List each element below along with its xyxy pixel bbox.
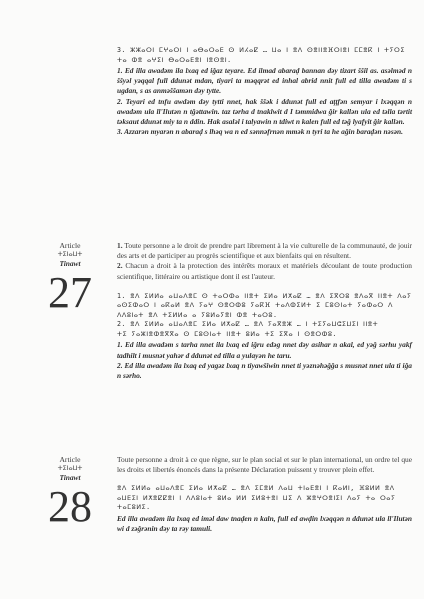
article-28-heading: Article ⵜⵉⵏⴰⵡⵜ Tinawt 28	[30, 455, 110, 530]
tamasheq-text: 1. Ed illa awadəm s tarha nnet ila lxaq …	[117, 340, 412, 381]
paragraph-number: 1.	[117, 241, 123, 250]
paragraph: Ed illa awadəm ila lxaq ed imǝl daw tnaḍ…	[117, 514, 412, 534]
paragraph-number: 1.	[117, 66, 123, 75]
tifinagh-line: 3. ⵣⵣⴰⵔⵏ ⵎⵖⴰⵔⵏ ⵏ ⴰⴱⴰⵔⴰⴹ ⵙ ⵍⵃⴰⵇ … ⵡⴰ ⵏ ⴻⴷ…	[117, 46, 412, 56]
paragraph: 1. Ed illa awadəm ila lxaq ed iğaz teyar…	[117, 66, 412, 97]
tifinagh-line: 1. ⴻⴷ ⵉⵍⵍⴰ ⴰⵡⴰⴷⴻⵎ ⵙ ⵜⴰⵔⵀⴰ ⵏⵏⴻⵜ ⵉⵍⴰ ⵍⵅⴰⵇ …	[117, 292, 412, 302]
article-label-tifinagh: ⵜⵉⵏⴰⵡⵜ	[30, 250, 110, 259]
paragraph-number: 3.	[117, 127, 123, 136]
paragraph-number: 2.	[117, 361, 123, 370]
tifinagh-line: ⴰⵙⵉⵀⴰⵔ ⵏ ⴰⴽⴰⵍ ⴻⴷ ⵢⴰⵖ ⵙⴻⵔⵀⵓ ⵢⴰⴽⴼ ⵜⴰⴷⵀⵉⵍⵜ …	[117, 301, 412, 311]
article-label: Article	[30, 241, 110, 250]
tifinagh-text: ⴻⴷ ⵉⵍⵍⴰ ⴰⵡⴰⴷⴻⵎ ⵉⵍⴰ ⵍⵅⴰⵇ … ⴻⴷ ⵉⵎⴻⵍ ⴷⴰⵡ ⵜⵏ…	[117, 484, 412, 513]
article-label-tamasheq: Tinawt	[30, 259, 110, 268]
paragraph-text: Toute personne a droit à ce que règne, s…	[117, 455, 412, 474]
paragraph-number: 1.	[117, 340, 123, 349]
french-text: 1. Toute personne a le droit de prendre …	[117, 241, 412, 282]
paragraph: 1. Toute personne a le droit de prendre …	[117, 241, 412, 261]
paragraph-text: Azzarən myarən n abaraḍ s lhəq wa n ed s…	[124, 127, 403, 136]
paragraph-text: Ed illa awadəm ila lxaq ed iğaz teyare. …	[117, 66, 412, 95]
paragraph: 2. Teyari ed tnfu awdəm dəy tytti nnet, …	[117, 97, 412, 128]
tifinagh-line: ⴻⴷ ⵉⵍⵍⴰ ⴰⵡⴰⴷⴻⵎ ⵉⵍⴰ ⵍⵅⴰⵇ … ⴻⴷ ⵉⵎⴻⵍ ⴷⴰⵡ ⵜⵏ…	[117, 484, 412, 494]
article-27-body: 1. Toute personne a le droit de prendre …	[117, 241, 412, 381]
paragraph: 1. Ed illa awadəm s tarha nnet ila lxaq …	[117, 340, 412, 360]
paragraph-text: Ed illa awadəm ila lxaq ed imǝl daw tnaḍ…	[117, 514, 412, 533]
paragraph: 2. Chacun a droit à la protection des in…	[117, 261, 412, 281]
paragraph-number: 2.	[117, 97, 123, 106]
document-page: 3. ⵣⵣⴰⵔⵏ ⵎⵖⴰⵔⵏ ⵏ ⴰⴱⴰⵔⴰⴹ ⵙ ⵍⵃⴰⵇ … ⵡⴰ ⵏ ⴻⴷ…	[0, 0, 424, 599]
tifinagh-line: 2. ⴻⴷ ⵉⵍⵍⴰ ⴰⵡⴰⴷⴻⵎ ⵉⵍⴰ ⵍⵅⴰⵇ … ⴻⴷ ⵢⴰⴳⴻⵣ … …	[117, 320, 412, 330]
tifinagh-text: 1. ⴻⴷ ⵉⵍⵍⴰ ⴰⵡⴰⴷⴻⵎ ⵙ ⵜⴰⵔⵀⴰ ⵏⵏⴻⵜ ⵉⵍⴰ ⵍⵅⴰⵇ …	[117, 292, 412, 340]
article-number: 27	[30, 270, 110, 316]
tamasheq-text: Ed illa awadəm ila lxaq ed imǝl daw tnaḍ…	[117, 514, 412, 534]
article-27-heading: Article ⵜⵉⵏⴰⵡⵜ Tinawt 27	[30, 241, 110, 316]
paragraph-text: Ed illa awadəm s tarha nnet ila lxaq ed …	[117, 340, 412, 359]
paragraph-text: Toute personne a le droit de prendre par…	[117, 241, 412, 260]
paragraph: Toute personne a droit à ce que règne, s…	[117, 455, 412, 475]
article-label-tifinagh: ⵜⵉⵏⴰⵡⵜ	[30, 464, 110, 473]
paragraph-text: Ed illa awadəm ila lxaq ed yagəz lxaq n …	[117, 361, 412, 380]
french-text: Toute personne a droit à ce que règne, s…	[117, 455, 412, 475]
continuation-tamasheq: 1. Ed illa awadəm ila lxaq ed iğaz teyar…	[117, 66, 412, 137]
paragraph-number: 2.	[117, 261, 123, 270]
paragraph: 2. Ed illa awadəm ila lxaq ed yagəz lxaq…	[117, 361, 412, 381]
article-label-tamasheq: Tinawt	[30, 473, 110, 482]
tifinagh-line: ⵜⴰ ⵀⴻ ⴰⵖⵉⵏ ⴱⴰⵔⴰⴹⴻⵏ ⵏⴻⵙⴻⵏ.	[117, 56, 412, 66]
article-number: 28	[30, 484, 110, 530]
tifinagh-line: ⵜⵉ ⵢⴰⵣⵏⴻⵀⴻⴳⴳⴰ ⵙ ⵎⵓⵙⵏⴰⵜ ⵏⵏⴻⵜ ⵓⵍⴰ ⵜⵉ ⵉⴳⴰ ⵏ…	[117, 330, 412, 340]
article-28-body: Toute personne a droit à ce que règne, s…	[117, 455, 412, 534]
paragraph: 3. Azzarən myarən n abaraḍ s lhəq wa n e…	[117, 127, 412, 137]
tifinagh-line: ⴷⴷⵓⵏⴰⵜ ⴻⴷ ⵜⵉⵍⵍⴰ ⴰ ⵢⵓⵍⴰⵢⴻⵏ ⵀⴻ ⵜⴰⵔⵓ.	[117, 311, 412, 321]
continuation-tifinagh: 3. ⵣⵣⴰⵔⵏ ⵎⵖⴰⵔⵏ ⵏ ⴰⴱⴰⵔⴰⴹ ⵙ ⵍⵃⴰⵇ … ⵡⴰ ⵏ ⴻⴷ…	[117, 46, 412, 65]
article-label: Article	[30, 455, 110, 464]
continuation-block: 3. ⵣⵣⴰⵔⵏ ⵎⵖⴰⵔⵏ ⵏ ⴰⴱⴰⵔⴰⴹ ⵙ ⵍⵃⴰⵇ … ⵡⴰ ⵏ ⴻⴷ…	[117, 46, 412, 137]
tifinagh-line: ⴰⵡⴹⵉⵏ ⵍⵅⴻⵇⵇⴻⵏ ⵏ ⴷⴷⵓⵏⴰⵜ ⵓⵍⴰ ⵍⵍ ⵉⵍⵓⵜⴻⵏ ⵡⵉ …	[117, 494, 412, 513]
paragraph-text: Teyari ed tnfu awdəm dəy tytti nnet, hak…	[117, 97, 412, 126]
paragraph-text: Chacun a droit à la protection des intér…	[117, 261, 412, 280]
